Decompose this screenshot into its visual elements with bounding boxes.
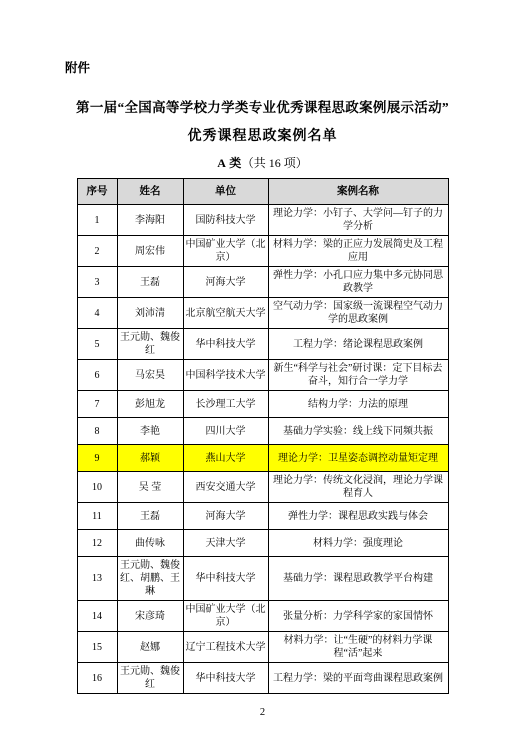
cell-no: 14 (77, 601, 117, 632)
cell-name: 赵娜 (117, 632, 183, 663)
table-row: 16王元勋、魏俊红华中科技大学工程力学：梁的平面弯曲课程思政案例 (77, 663, 448, 694)
cell-unit: 华中科技大学 (183, 557, 268, 601)
table-row: 6马宏昊中国科学技术大学新生“科学与社会”研讨课：定下目标去奋斗，知行合一学力学 (77, 360, 448, 391)
table-row: 5王元勋、魏俊红华中科技大学工程力学：绪论课程思政案例 (77, 329, 448, 360)
cell-name: 马宏昊 (117, 360, 183, 391)
cell-case: 工程力学：绪论课程思政案例 (268, 329, 448, 360)
table-row: 15赵娜辽宁工程技术大学材料力学：让“生硬”的材料力学课程“活”起来 (77, 632, 448, 663)
cell-name: 李海阳 (117, 205, 183, 236)
cell-no: 12 (77, 530, 117, 557)
header-cell: 序号 (77, 179, 117, 205)
cell-no: 15 (77, 632, 117, 663)
header-cell: 姓名 (117, 179, 183, 205)
cell-no: 9 (77, 445, 117, 472)
cell-no: 4 (77, 298, 117, 329)
table-row: 10吴 莹西安交通大学理论力学：传统文化浸润，理论力学课程育人 (77, 472, 448, 503)
page-number: 2 (0, 706, 525, 720)
cell-case: 理论力学：卫星姿态调控动量矩定理 (268, 445, 448, 472)
cell-unit: 辽宁工程技术大学 (183, 632, 268, 663)
cell-name: 王磊 (117, 267, 183, 298)
cell-unit: 中国矿业大学（北京） (183, 236, 268, 267)
cell-case: 理论力学：传统文化浸润，理论力学课程育人 (268, 472, 448, 503)
cell-case: 新生“科学与社会”研讨课：定下目标去奋斗，知行合一学力学 (268, 360, 448, 391)
table-row: 9郝颖燕山大学理论力学：卫星姿态调控动量矩定理 (77, 445, 448, 472)
table-header-row: 序号姓名单位案例名称 (77, 179, 448, 205)
document-title-line1: 第一届“全国高等学校力学类专业优秀课程思政案例展示活动” (0, 98, 525, 117)
case-table-body: 1李海阳国防科技大学理论力学：小钉子、大学问—钉子的力学分析2周宏伟中国矿业大学… (77, 205, 448, 694)
cell-case: 材料力学：让“生硬”的材料力学课程“活”起来 (268, 632, 448, 663)
cell-case: 弹性力学：小孔口应力集中多元协同思政教学 (268, 267, 448, 298)
cell-case: 理论力学：小钉子、大学问—钉子的力学分析 (268, 205, 448, 236)
cell-name: 王磊 (117, 503, 183, 530)
table-row: 1李海阳国防科技大学理论力学：小钉子、大学问—钉子的力学分析 (77, 205, 448, 236)
table-row: 8李艳四川大学基础力学实验：线上线下同频共振 (77, 418, 448, 445)
section-count: （共 16 项） (242, 156, 308, 170)
case-table: 序号姓名单位案例名称 1李海阳国防科技大学理论力学：小钉子、大学问—钉子的力学分… (77, 178, 449, 694)
cell-no: 8 (77, 418, 117, 445)
cell-name: 王元勋、魏俊红 (117, 329, 183, 360)
cell-case: 弹性力学：课程思政实践与体会 (268, 503, 448, 530)
cell-unit: 四川大学 (183, 418, 268, 445)
cell-unit: 华中科技大学 (183, 663, 268, 694)
section-label: A 类 (217, 156, 242, 170)
document-page: 附件 第一届“全国高等学校力学类专业优秀课程思政案例展示活动” 优秀课程思政案例… (0, 0, 525, 744)
cell-unit: 长沙理工大学 (183, 391, 268, 418)
cell-no: 16 (77, 663, 117, 694)
cell-unit: 天津大学 (183, 530, 268, 557)
document-title-line2: 优秀课程思政案例名单 (0, 127, 525, 146)
cell-unit: 国防科技大学 (183, 205, 268, 236)
table-row: 13王元勋、魏俊红、胡鹏、王琳华中科技大学基础力学：课程思政教学平台构建 (77, 557, 448, 601)
cell-name: 彭旭龙 (117, 391, 183, 418)
table-row: 11王磊河海大学弹性力学：课程思政实践与体会 (77, 503, 448, 530)
table-row: 14宋彦琦中国矿业大学（北京）张量分析：力学科学家的家国情怀 (77, 601, 448, 632)
cell-no: 1 (77, 205, 117, 236)
cell-no: 2 (77, 236, 117, 267)
cell-case: 空气动力学：国家级一流课程空气动力学的思政案例 (268, 298, 448, 329)
cell-case: 结构力学：力法的原理 (268, 391, 448, 418)
cell-name: 宋彦琦 (117, 601, 183, 632)
cell-name: 王元勋、魏俊红、胡鹏、王琳 (117, 557, 183, 601)
table-row: 7彭旭龙长沙理工大学结构力学：力法的原理 (77, 391, 448, 418)
cell-unit: 河海大学 (183, 267, 268, 298)
cell-name: 吴 莹 (117, 472, 183, 503)
cell-name: 刘沛清 (117, 298, 183, 329)
cell-unit: 西安交通大学 (183, 472, 268, 503)
cell-no: 3 (77, 267, 117, 298)
cell-no: 7 (77, 391, 117, 418)
cell-case: 材料力学：强度理论 (268, 530, 448, 557)
cell-no: 6 (77, 360, 117, 391)
cell-unit: 中国矿业大学（北京） (183, 601, 268, 632)
cell-case: 张量分析：力学科学家的家国情怀 (268, 601, 448, 632)
table-row: 3王磊河海大学弹性力学：小孔口应力集中多元协同思政教学 (77, 267, 448, 298)
header-cell: 案例名称 (268, 179, 448, 205)
table-row: 4刘沛清北京航空航天大学空气动力学：国家级一流课程空气动力学的思政案例 (77, 298, 448, 329)
cell-case: 基础力学实验：线上线下同频共振 (268, 418, 448, 445)
cell-name: 李艳 (117, 418, 183, 445)
cell-case: 材料力学：梁的正应力发展简史及工程应用 (268, 236, 448, 267)
cell-no: 11 (77, 503, 117, 530)
cell-case: 基础力学：课程思政教学平台构建 (268, 557, 448, 601)
cell-no: 10 (77, 472, 117, 503)
attachment-label: 附件 (65, 60, 525, 76)
cell-name: 王元勋、魏俊红 (117, 663, 183, 694)
cell-unit: 河海大学 (183, 503, 268, 530)
cell-unit: 中国科学技术大学 (183, 360, 268, 391)
cell-no: 13 (77, 557, 117, 601)
cell-name: 周宏伟 (117, 236, 183, 267)
cell-case: 工程力学：梁的平面弯曲课程思政案例 (268, 663, 448, 694)
cell-name: 曲传咏 (117, 530, 183, 557)
table-row: 12曲传咏天津大学材料力学：强度理论 (77, 530, 448, 557)
cell-unit: 燕山大学 (183, 445, 268, 472)
cell-no: 5 (77, 329, 117, 360)
cell-unit: 北京航空航天大学 (183, 298, 268, 329)
cell-name: 郝颖 (117, 445, 183, 472)
cell-unit: 华中科技大学 (183, 329, 268, 360)
section-heading: A 类（共 16 项） (0, 156, 525, 171)
header-cell: 单位 (183, 179, 268, 205)
table-row: 2周宏伟中国矿业大学（北京）材料力学：梁的正应力发展简史及工程应用 (77, 236, 448, 267)
